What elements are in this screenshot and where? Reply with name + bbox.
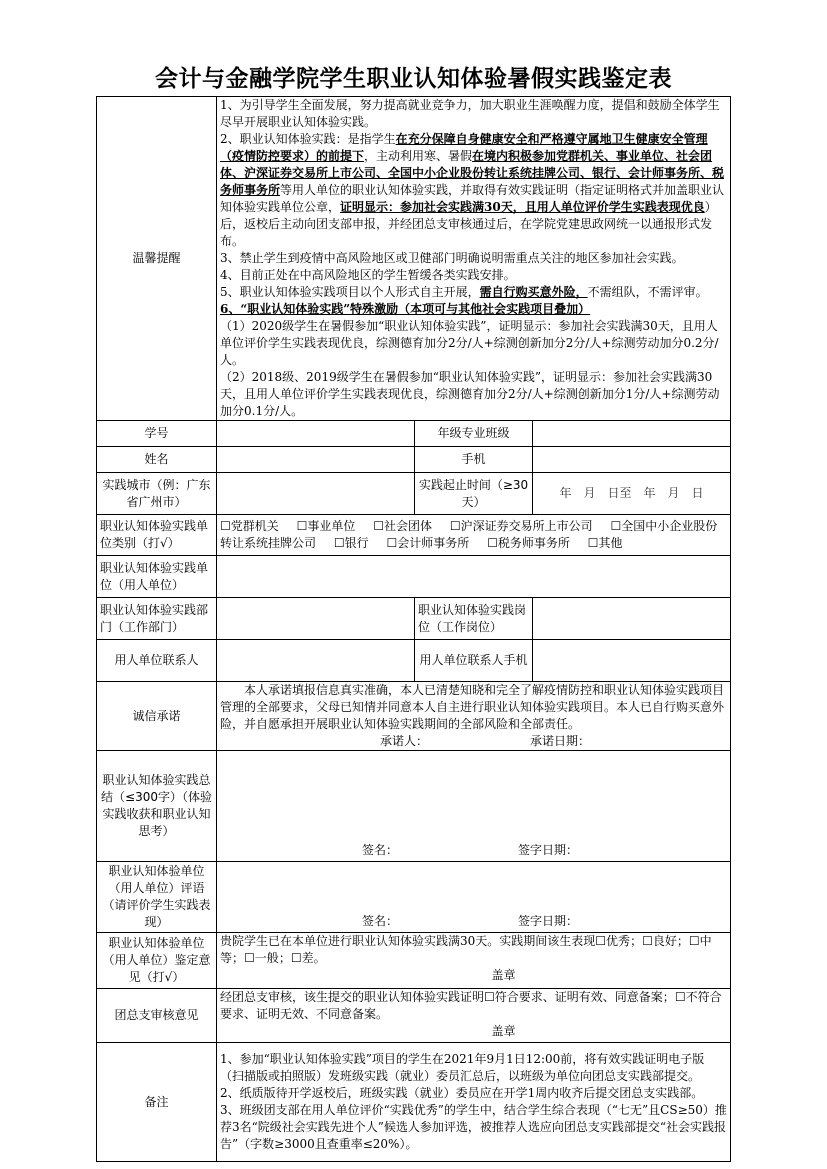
unit-category-label: 职业认知体验实践单位类别（打√） (97, 515, 217, 556)
unit-category-option-label: 银行 (345, 536, 369, 550)
unit-category-option[interactable]: ☐事业单位 (297, 519, 356, 533)
unit-category-option-label: 社会团体 (384, 519, 432, 533)
unit-label: 职业认知体验实践单位（用人单位） (97, 556, 217, 598)
unit-category-option[interactable]: ☐沪深证券交易所上市公司 (450, 519, 593, 533)
review-option-label: 符合要求、证明有效、同意备案 (495, 990, 663, 1004)
city-field[interactable] (217, 473, 415, 515)
employer-comment-field[interactable]: 签名： 签字日期： (217, 862, 731, 933)
pledge-text: 本人承诺填报信息真实准确，本人已清楚知晓和完全了解疫情防控和职业认知体验实践项目… (220, 682, 727, 733)
reminder-row: 温馨提醒 1、为引导学生全面发展，努力提高就业竞争力，加大职业生涯唤醒力度，提倡… (97, 97, 731, 421)
reminder-item: 1、为引导学生全面发展，努力提高就业竞争力，加大职业生涯唤醒力度，提倡和鼓励全体… (220, 97, 727, 131)
branch-review-text: 经团总支审核，该生提交的职业认知体验实践证明☐符合要求、证明有效、同意备案；☐不… (220, 989, 727, 1023)
appraisal-option-label: 良好 (653, 934, 677, 948)
name-field[interactable] (217, 447, 415, 473)
checkbox-icon[interactable]: ☐ (484, 990, 495, 1004)
checkbox-icon[interactable]: ☐ (642, 934, 653, 948)
review-prefix: 经团总支审核，该生提交的职业认知体验实践证明 (220, 990, 484, 1004)
unit-category-option-label: 沪深证券交易所上市公司 (461, 519, 593, 533)
branch-review-label: 团总支审核意见 (97, 989, 217, 1043)
checkbox-icon[interactable]: ☐ (334, 536, 345, 550)
reminder-text-segment: 3、禁止学生到疫情中高风险地区或卫健部门明确说明需重点关注的地区参加社会实践。 (220, 251, 684, 265)
checkbox-icon[interactable]: ☐ (373, 519, 384, 533)
period-field[interactable]: 年 月 日至 年 月 日 (533, 473, 731, 515)
reminder-item: 4、目前正处在中高风险地区的学生暂缓各类实践安排。 (220, 267, 727, 284)
summary-sign-label: 签名： (362, 842, 518, 859)
checkbox-icon[interactable]: ☐ (297, 519, 308, 533)
name-row: 姓名 手机 (97, 447, 731, 473)
reminder-text-segment: 2、职业认知体验实践：是指学生 (220, 132, 396, 146)
summary-row: 职业认知体验实践总结（≤300字）（体验实践收获和职业认知思考） 签名： 签字日… (97, 751, 731, 862)
branch-stamp-label: 盖章 (220, 1023, 727, 1040)
reminder-text-segment: （2）2018级、2019级学生在暑假参加“职业认知体验实践”，证明显示：参加社… (220, 370, 719, 418)
unit-category-option-label: 会计师事务所 (397, 536, 469, 550)
pledge-signer-label: 承诺人： (380, 733, 530, 750)
unit-category-option[interactable]: ☐其他 (588, 536, 623, 550)
checkbox-icon[interactable]: ☐ (291, 951, 302, 965)
reminder-text-segment: 需自行购买意外险， (480, 285, 588, 299)
contact-row: 用人单位联系人 用人单位联系人手机 (97, 640, 731, 682)
summary-sign-line: 签名： 签字日期： (220, 842, 727, 861)
department-field[interactable] (217, 598, 415, 640)
remarks-item: 1、参加“职业认知体验实践”项目的学生在2021年9月1日12:00前，将有效实… (220, 1051, 727, 1085)
unit-category-option[interactable]: ☐银行 (334, 536, 369, 550)
unit-row: 职业认知体验实践单位（用人单位） (97, 556, 731, 598)
remarks-item: 3、班级团支部在用人单位评价“实践优秀”的学生中，结合学生综合表现（“七无”且C… (220, 1102, 727, 1153)
checkbox-icon[interactable]: ☐ (595, 934, 606, 948)
pledge-label: 诚信承诺 (97, 682, 217, 751)
reminder-item: （1）2020级学生在暑假参加“职业认知体验实践”，证明显示：参加社会实践满30… (220, 318, 727, 369)
student-id-label: 学号 (97, 421, 217, 447)
checkbox-icon[interactable]: ☐ (220, 519, 231, 533)
unit-category-option-label: 事业单位 (307, 519, 355, 533)
summary-label: 职业认知体验实践总结（≤300字）（体验实践收获和职业认知思考） (97, 751, 217, 862)
phone-field[interactable] (533, 447, 731, 473)
department-position-row: 职业认知体验实践部门（工作部门） 职业认知体验实践岗位（工作岗位） (97, 598, 731, 640)
employer-appraisal-row: 职业认知体验单位（用人单位）鉴定意见（打√） 贵院学生已在本单位进行职业认知体验… (97, 933, 731, 989)
grade-major-class-label: 年级专业班级 (415, 421, 533, 447)
contact-field[interactable] (217, 640, 415, 682)
student-id-row: 学号 年级专业班级 (97, 421, 731, 447)
unit-category-row: 职业认知体验实践单位类别（打√） ☐党群机关 ☐事业单位 ☐社会团体 ☐沪深证券… (97, 515, 731, 556)
checkbox-icon[interactable]: ☐ (450, 519, 461, 533)
checkbox-icon[interactable]: ☐ (244, 951, 255, 965)
checkbox-icon[interactable]: ☐ (386, 536, 397, 550)
remarks-item: 2、纸质版待开学返校后，班级实践（就业）委员应在开学1周内收齐后提交团总支实践部… (220, 1085, 727, 1102)
position-label: 职业认知体验实践岗位（工作岗位） (415, 598, 533, 640)
student-id-field[interactable] (217, 421, 415, 447)
position-field[interactable] (533, 598, 731, 640)
summary-date-label: 签字日期： (518, 842, 578, 859)
contact-label: 用人单位联系人 (97, 640, 217, 682)
reminder-item: 3、禁止学生到疫情中高风险地区或卫健部门明确说明需重点关注的地区参加社会实践。 (220, 250, 727, 267)
employer-comment-label: 职业认知体验单位（用人单位）评语（请评价学生实践表现） (97, 862, 217, 933)
reminder-text-segment: 不需组队，不需评审。 (588, 285, 708, 299)
employer-comment-sign-line: 签名： 签字日期： (220, 913, 727, 932)
employer-appraisal-text: 贵院学生已在本单位进行职业认知体验实践满30天。实践期间该生表现☐优秀；☐良好；… (220, 933, 727, 967)
pledge-date-label: 承诺日期： (530, 733, 590, 750)
period-label: 实践起止时间（≥30天） (415, 473, 533, 515)
reminder-item: 6、“职业认知体验实践”特殊激励（本项可与其他社会实践项目叠加） (220, 301, 727, 318)
summary-field[interactable]: 签名： 签字日期： (217, 751, 731, 862)
branch-review-row: 团总支审核意见 经团总支审核，该生提交的职业认知体验实践证明☐符合要求、证明有效… (97, 989, 731, 1043)
appraisal-prefix: 贵院学生已在本单位进行职业认知体验实践满30天。实践期间该生表现 (220, 934, 595, 948)
city-label: 实践城市（例：广东省广州市） (97, 473, 217, 515)
employer-comment-date-label: 签字日期： (518, 913, 578, 930)
checkbox-icon[interactable]: ☐ (487, 536, 498, 550)
pledge-sign-line: 承诺人： 承诺日期： (220, 733, 727, 750)
appraisal-option-label: 差 (302, 951, 314, 965)
reminder-text-segment: 6、“职业认知体验实践”特殊激励（本项可与其他社会实践项目叠加） (220, 302, 590, 316)
unit-category-option[interactable]: ☐党群机关 (220, 519, 279, 533)
unit-category-option[interactable]: ☐税务师事务所 (487, 536, 570, 550)
appraisal-option-label: 优秀 (606, 934, 630, 948)
checkbox-icon[interactable]: ☐ (675, 990, 686, 1004)
grade-major-class-field[interactable] (533, 421, 731, 447)
contact-phone-label: 用人单位联系人手机 (415, 640, 533, 682)
reminder-content: 1、为引导学生全面发展，努力提高就业竞争力，加大职业生涯唤醒力度，提倡和鼓励全体… (217, 97, 731, 421)
reminder-text-segment: ，主动利用寒、暑假 (364, 149, 472, 163)
reminder-text-segment: 5、职业认知体验实践项目以个人形式自主开展， (220, 285, 480, 299)
employer-comment-row: 职业认知体验单位（用人单位）评语（请评价学生实践表现） 签名： 签字日期： (97, 862, 731, 933)
city-period-row: 实践城市（例：广东省广州市） 实践起止时间（≥30天） 年 月 日至 年 月 日 (97, 473, 731, 515)
reminder-item: （2）2018级、2019级学生在暑假参加“职业认知体验实践”，证明显示：参加社… (220, 369, 727, 420)
reminder-item: 5、职业认知体验实践项目以个人形式自主开展，需自行购买意外险，不需组队，不需评审… (220, 284, 727, 301)
unit-category-option-label: 党群机关 (231, 519, 279, 533)
reminder-label: 温馨提醒 (97, 97, 217, 421)
reminder-text-segment: 4、目前正处在中高风险地区的学生暂缓各类实践安排。 (220, 268, 516, 282)
contact-phone-field[interactable] (533, 640, 731, 682)
employer-appraisal-content: 贵院学生已在本单位进行职业认知体验实践满30天。实践期间该生表现☐优秀；☐良好；… (217, 933, 731, 989)
reminder-item: 2、职业认知体验实践：是指学生在充分保障自身健康安全和严格遵守属地卫生健康安全管… (220, 131, 727, 250)
pledge-content: 本人承诺填报信息真实准确，本人已清楚知晓和完全了解疫情防控和职业认知体验实践项目… (217, 682, 731, 751)
unit-category-option[interactable]: ☐会计师事务所 (386, 536, 469, 550)
employer-appraisal-label: 职业认知体验单位（用人单位）鉴定意见（打√） (97, 933, 217, 989)
remarks-label: 备注 (97, 1043, 217, 1162)
unit-category-option-label: 税务师事务所 (498, 536, 570, 550)
reminder-text-segment: 证明显示：参加社会实践满30天，且用人单位评价学生实践表现优良 (340, 200, 705, 214)
reminder-text-segment: （1）2020级学生在暑假参加“职业认知体验实践”，证明显示：参加社会实践满30… (220, 319, 719, 367)
department-label: 职业认知体验实践部门（工作部门） (97, 598, 217, 640)
pledge-row: 诚信承诺 本人承诺填报信息真实准确，本人已清楚知晓和完全了解疫情防控和职业认知体… (97, 682, 731, 751)
page-title: 会计与金融学院学生职业认知体验暑假实践鉴定表 (0, 60, 827, 93)
checkbox-icon[interactable]: ☐ (610, 519, 621, 533)
appraisal-form-table: 温馨提醒 1、为引导学生全面发展，努力提高就业竞争力，加大职业生涯唤醒力度，提倡… (96, 96, 731, 1162)
checkbox-icon[interactable]: ☐ (588, 536, 599, 550)
name-label: 姓名 (97, 447, 217, 473)
phone-label: 手机 (415, 447, 533, 473)
remarks-row: 备注 1、参加“职业认知体验实践”项目的学生在2021年9月1日12:00前，将… (97, 1043, 731, 1162)
unit-category-option[interactable]: ☐社会团体 (373, 519, 432, 533)
employer-comment-sign-label: 签名： (362, 913, 518, 930)
appraisal-option-label: 一般 (255, 951, 279, 965)
remarks-content: 1、参加“职业认知体验实践”项目的学生在2021年9月1日12:00前，将有效实… (217, 1043, 731, 1162)
employer-stamp-label: 盖章 (220, 967, 727, 984)
checkbox-icon[interactable]: ☐ (689, 934, 700, 948)
branch-review-content: 经团总支审核，该生提交的职业认知体验实践证明☐符合要求、证明有效、同意备案；☐不… (217, 989, 731, 1043)
reminder-text-segment: 1、为引导学生全面发展，努力提高就业竞争力，加大职业生涯唤醒力度，提倡和鼓励全体… (220, 98, 720, 129)
unit-category-options: ☐党群机关 ☐事业单位 ☐社会团体 ☐沪深证券交易所上市公司 ☐全国中小企业股份… (217, 515, 731, 556)
unit-field[interactable] (217, 556, 731, 598)
unit-category-option-label: 其他 (598, 536, 622, 550)
